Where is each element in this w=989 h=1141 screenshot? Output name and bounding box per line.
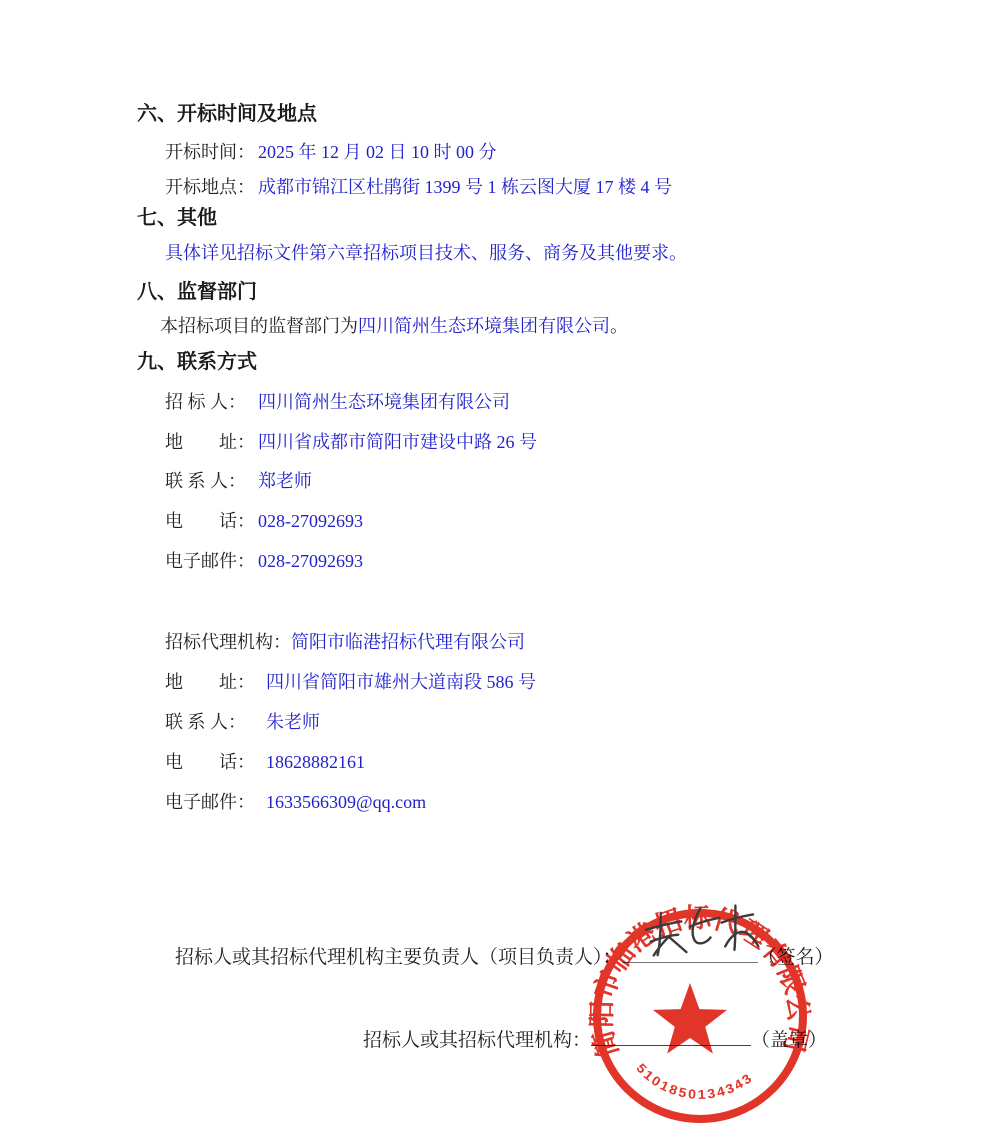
tenderer-phone-row: 电 话：028-27092693 bbox=[165, 511, 363, 531]
section-8-body: 本招标项目的监督部门为四川简州生态环境集团有限公司。 bbox=[160, 316, 628, 336]
agency-address-row: 地 址：四川省简阳市雄州大道南段 586 号 bbox=[165, 672, 536, 692]
seal-star-icon bbox=[653, 983, 727, 1054]
section-7-body: 具体详见招标文件第六章招标项目技术、服务、商务及其他要求。 bbox=[165, 243, 687, 263]
agency-email-label: 电子邮件： bbox=[165, 792, 258, 812]
section-9-heading: 九、联系方式 bbox=[137, 351, 257, 373]
agency-name-label: 招标代理机构： bbox=[165, 632, 291, 652]
agency-email-value: 1633566309@qq.com bbox=[258, 792, 426, 812]
bid-opening-time-row: 开标时间：2025 年 12 月 02 日 10 时 00 分 bbox=[165, 142, 497, 162]
tenderer-address-label: 地 址： bbox=[165, 432, 258, 452]
tenderer-email-row: 电子邮件：028-27092693 bbox=[165, 551, 363, 571]
tenderer-name-row: 招 标 人：四川简州生态环境集团有限公司 bbox=[165, 392, 510, 412]
tenderer-email-value: 028-27092693 bbox=[258, 551, 363, 571]
agency-contact-row: 联 系 人：朱老师 bbox=[165, 712, 320, 732]
supervision-suffix: 。 bbox=[610, 316, 628, 336]
tenderer-email-label: 电子邮件： bbox=[165, 551, 258, 571]
tenderer-phone-label: 电 话： bbox=[165, 511, 258, 531]
signature-line-1-label: 招标人或其招标代理机构主要负责人（项目负责人）： bbox=[175, 947, 622, 968]
seal-number-text: 5101850134343 bbox=[633, 1060, 756, 1102]
supervision-company: 四川简州生态环境集团有限公司 bbox=[358, 316, 610, 336]
bid-opening-place-row: 开标地点：成都市锦江区杜鹃街 1399 号 1 栋云图大厦 17 楼 4 号 bbox=[165, 177, 672, 197]
agency-address-label: 地 址： bbox=[165, 672, 258, 692]
signature-line-2-label: 招标人或其招标代理机构： bbox=[363, 1030, 591, 1051]
tenderer-address-value: 四川省成都市简阳市建设中路 26 号 bbox=[258, 432, 537, 452]
agency-contact-value: 朱老师 bbox=[258, 712, 320, 732]
section-6-heading: 六、开标时间及地点 bbox=[137, 103, 317, 125]
bid-opening-time-label: 开标时间： bbox=[165, 142, 258, 162]
agency-name-row: 招标代理机构：简阳市临港招标代理有限公司 bbox=[165, 632, 525, 652]
section-7-heading: 七、其他 bbox=[137, 207, 217, 229]
bid-opening-place-value: 成都市锦江区杜鹃街 1399 号 1 栋云图大厦 17 楼 4 号 bbox=[258, 177, 672, 197]
tenderer-name-label: 招 标 人： bbox=[165, 392, 258, 412]
tenderer-address-row: 地 址：四川省成都市简阳市建设中路 26 号 bbox=[165, 432, 537, 452]
handwritten-signature bbox=[642, 900, 767, 962]
agency-phone-label: 电 话： bbox=[165, 752, 258, 772]
tenderer-name-value: 四川简州生态环境集团有限公司 bbox=[258, 392, 510, 412]
agency-email-row: 电子邮件：1633566309@qq.com bbox=[165, 792, 426, 812]
tenderer-contact-row: 联 系 人：郑老师 bbox=[165, 471, 312, 491]
agency-contact-label: 联 系 人： bbox=[165, 712, 258, 732]
tenderer-phone-value: 028-27092693 bbox=[258, 511, 363, 531]
agency-phone-row: 电 话：18628882161 bbox=[165, 752, 365, 772]
tenderer-contact-label: 联 系 人： bbox=[165, 471, 258, 491]
section-8-heading: 八、监督部门 bbox=[137, 281, 257, 303]
agency-phone-value: 18628882161 bbox=[258, 752, 365, 772]
bid-opening-place-label: 开标地点： bbox=[165, 177, 258, 197]
bid-opening-time-value: 2025 年 12 月 02 日 10 时 00 分 bbox=[258, 142, 497, 162]
tenderer-contact-value: 郑老师 bbox=[258, 471, 312, 491]
agency-name-value: 简阳市临港招标代理有限公司 bbox=[291, 632, 525, 652]
agency-address-value: 四川省简阳市雄州大道南段 586 号 bbox=[258, 672, 536, 692]
supervision-prefix: 本招标项目的监督部门为 bbox=[160, 316, 358, 336]
document-page: 六、开标时间及地点 开标时间：2025 年 12 月 02 日 10 时 00 … bbox=[0, 0, 989, 1141]
